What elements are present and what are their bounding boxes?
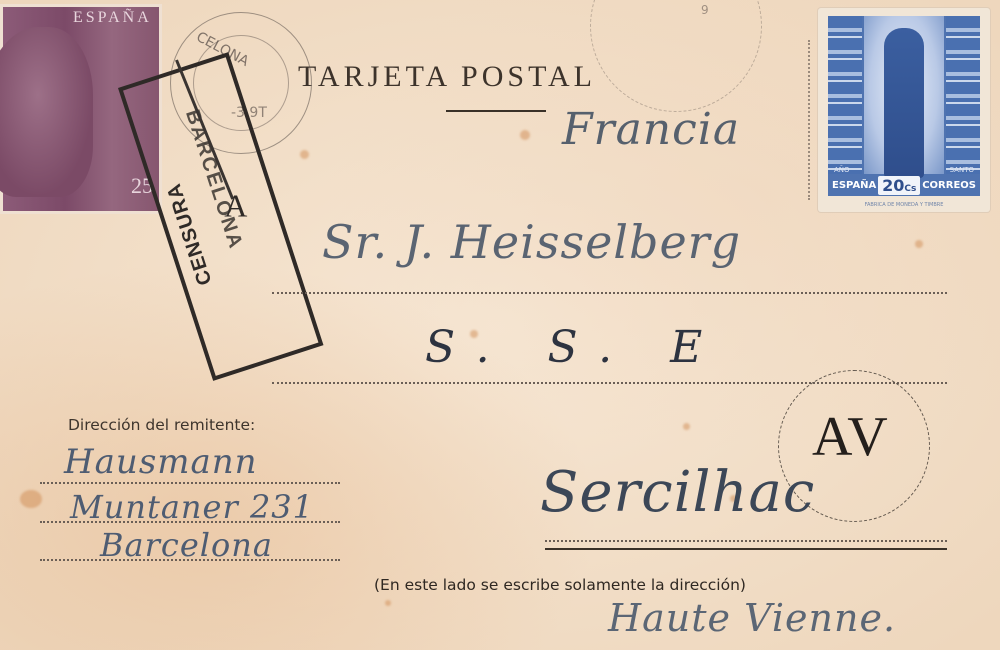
stamp-santo-label: SANTO <box>950 166 974 174</box>
faint-postmark: 9 <box>590 0 762 112</box>
stamp-area-divider <box>808 40 810 200</box>
recipient-town: Sercilhac <box>540 460 815 525</box>
stamp-design: AÑO SANTO ESPAÑA 20Cs CORREOS <box>828 16 980 196</box>
postcard: TARJETA POSTAL 9 ESPAÑA 25 CELONA -3.9T … <box>0 0 1000 650</box>
address-line-3 <box>545 540 947 542</box>
av-mark: AV <box>812 405 890 469</box>
stamp-center <box>864 16 944 174</box>
stamp-year-label: AÑO <box>834 166 850 174</box>
sender-city: Barcelona <box>100 526 273 564</box>
santiago-stamp: AÑO SANTO ESPAÑA 20Cs CORREOS FABRICA DE… <box>818 8 990 212</box>
stamp-value: 20Cs <box>878 176 920 195</box>
recipient-country: Francia <box>562 104 740 155</box>
sender-address-label: Dirección del remitente: <box>68 416 255 434</box>
stain <box>683 423 690 430</box>
stain <box>385 600 391 606</box>
card-title: TARJETA POSTAL <box>298 60 596 94</box>
stain <box>20 490 42 508</box>
sender-line-1 <box>40 482 340 484</box>
recipient-name: Sr. J. Heisselberg <box>322 215 741 269</box>
portrait-icon <box>0 27 93 197</box>
ornament-column-icon <box>828 16 862 174</box>
stain <box>915 240 923 248</box>
stain <box>300 150 309 159</box>
address-line-1 <box>272 292 947 294</box>
stamp-country: ESPAÑA <box>73 9 152 27</box>
stamp-imprint: FABRICA DE MONEDA Y TIMBRE <box>818 202 990 208</box>
stamp-service: CORREOS <box>922 180 976 191</box>
recipient-line-2: S. S. E <box>425 322 724 373</box>
sender-street: Muntaner 231 <box>70 488 314 526</box>
ornament-column-icon <box>946 16 980 174</box>
stain <box>520 130 530 140</box>
title-underline <box>446 110 546 112</box>
stamp-country: ESPAÑA <box>832 180 876 191</box>
stamp-bottom-bar: ESPAÑA 20Cs CORREOS <box>828 174 980 196</box>
address-underline <box>545 548 947 550</box>
recipient-region: Haute Vienne. <box>608 596 896 640</box>
faint-postmark-text: 9 <box>701 3 709 17</box>
footer-note: (En este lado se escribe solamente la di… <box>374 576 746 594</box>
stamp-value-unit: Cs <box>904 184 916 194</box>
sender-name: Hausmann <box>64 442 258 482</box>
saint-statue-icon <box>884 28 924 178</box>
stamp-value-number: 20 <box>882 176 904 195</box>
